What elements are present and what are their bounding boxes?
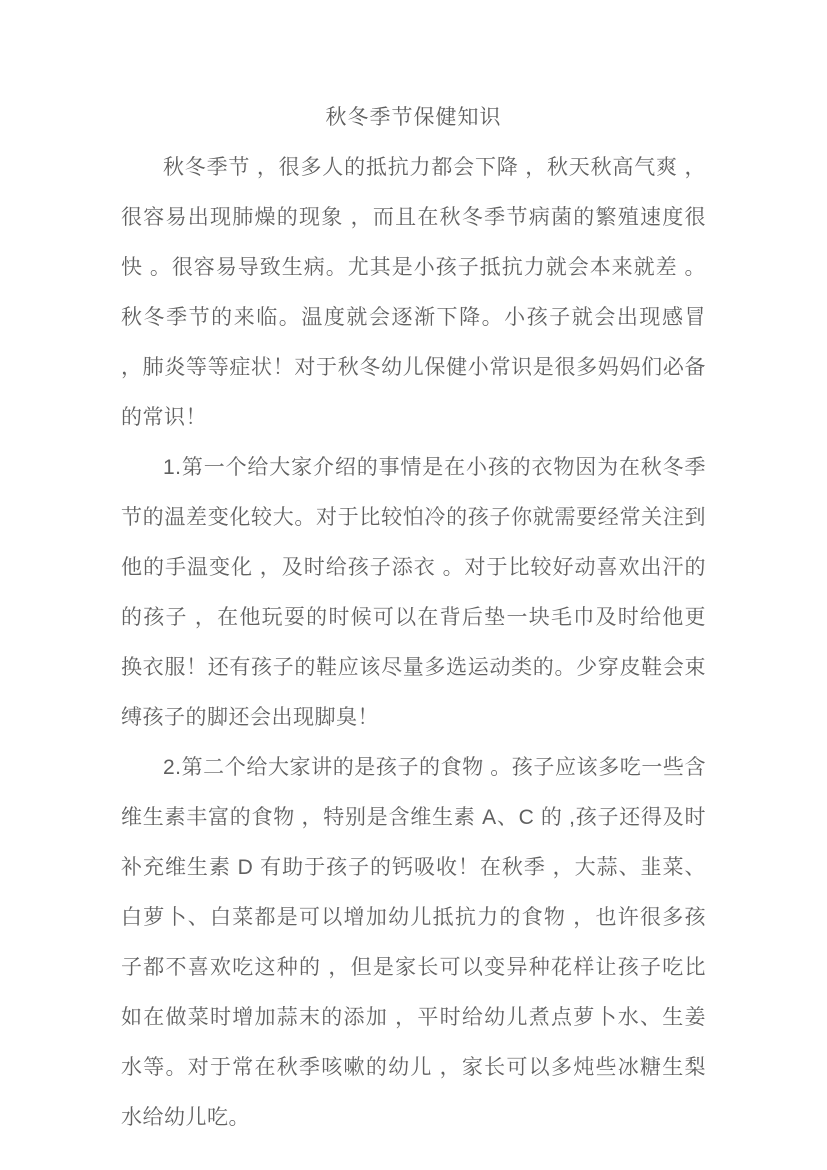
paragraph-clothing-tip: 1.第一个给大家介绍的事情是在小孩的衣物因为在秋冬季节的温差变化较大。对于比较怕… bbox=[121, 443, 706, 743]
document-page: 秋冬季节保健知识 秋冬季节 ，很多人的抵抗力都会下降 ，秋天秋高气爽 ，很容易出… bbox=[0, 0, 827, 1170]
document-title: 秋冬季节保健知识 bbox=[121, 93, 706, 143]
paragraph-intro: 秋冬季节 ，很多人的抵抗力都会下降 ，秋天秋高气爽 ，很容易出现肺燥的现象 ，而… bbox=[121, 143, 706, 443]
paragraph-food-tip: 2.第二个给大家讲的是孩子的食物 。孩子应该多吃一些含维生素丰富的食物 ，特别是… bbox=[121, 743, 706, 1143]
